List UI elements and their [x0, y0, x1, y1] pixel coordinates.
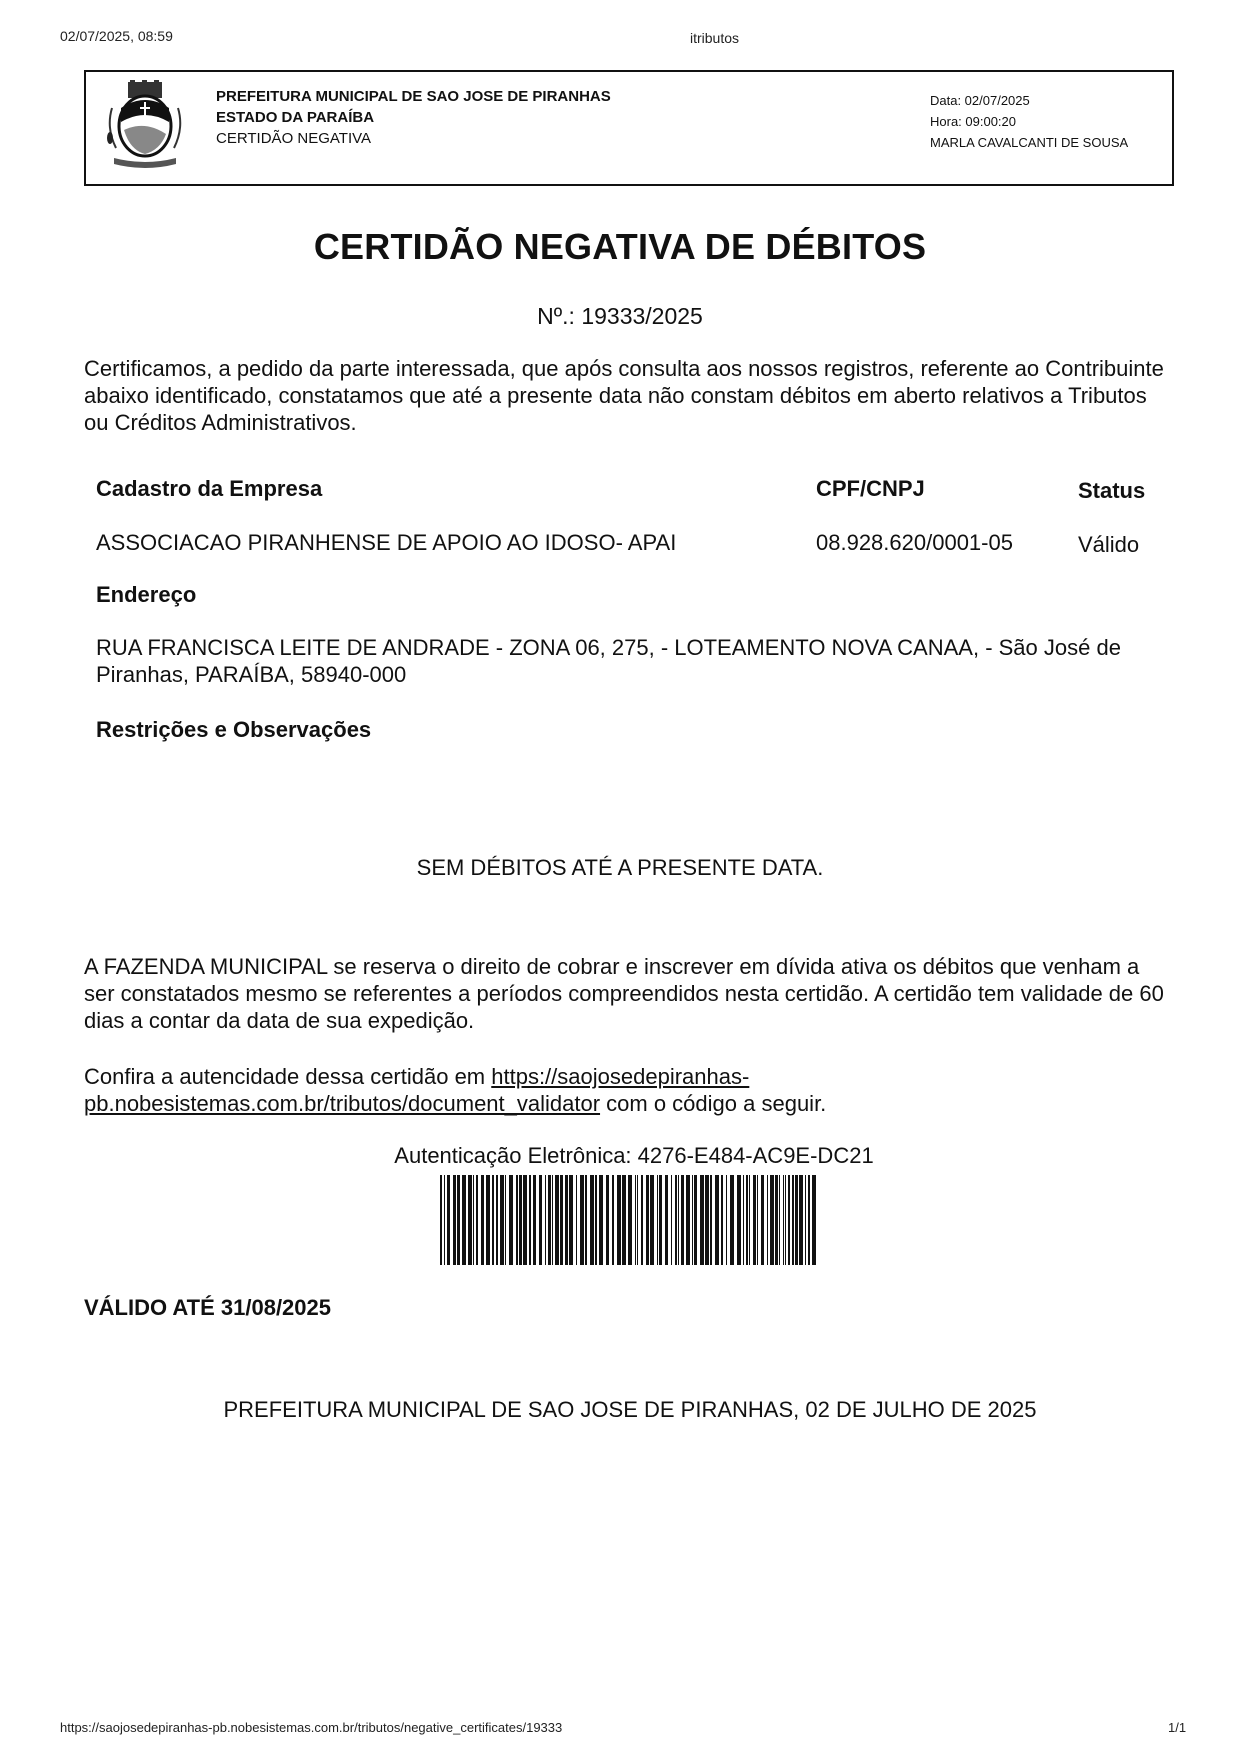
org-name: PREFEITURA MUNICIPAL DE SAO JOSE DE PIRA… — [216, 86, 611, 107]
valid-until: VÁLIDO ATÉ 31/08/2025 — [84, 1295, 331, 1321]
verification-paragraph: Confira a autencidade dessa certidão em … — [84, 1063, 1174, 1117]
issue-date: Data: 02/07/2025 — [930, 90, 1128, 111]
verify-prefix: Confira a autencidade dessa certidão em — [84, 1064, 491, 1089]
no-debts-statement: SEM DÉBITOS ATÉ A PRESENTE DATA. — [0, 855, 1240, 881]
status-value: Válido — [1078, 532, 1139, 558]
certificate-number: Nº.: 19333/2025 — [0, 303, 1240, 330]
disclaimer-paragraph: A FAZENDA MUNICIPAL se reserva o direito… — [84, 953, 1174, 1034]
coat-of-arms-icon — [100, 78, 190, 174]
verify-suffix: com o código a seguir. — [600, 1091, 826, 1116]
company-name: ASSOCIACAO PIRANHENSE DE APOIO AO IDOSO-… — [96, 530, 676, 556]
certificate-title: CERTIDÃO NEGATIVA DE DÉBITOS — [0, 226, 1240, 268]
doc-type: CERTIDÃO NEGATIVA — [216, 128, 611, 149]
print-footer-page: 1/1 — [1168, 1720, 1186, 1735]
letterhead-org: PREFEITURA MUNICIPAL DE SAO JOSE DE PIRA… — [216, 86, 611, 149]
print-datetime: 02/07/2025, 08:59 — [60, 28, 173, 44]
auth-code: Autenticação Eletrônica: 4276-E484-AC9E-… — [0, 1143, 1240, 1169]
city-date-line: PREFEITURA MUNICIPAL DE SAO JOSE DE PIRA… — [0, 1397, 1240, 1423]
issuer-name: MARLA CAVALCANTI DE SOUSA — [930, 132, 1128, 153]
letterhead-meta: Data: 02/07/2025 Hora: 09:00:20 MARLA CA… — [930, 90, 1128, 153]
org-state: ESTADO DA PARAÍBA — [216, 107, 611, 128]
barcode-icon — [438, 1175, 818, 1265]
address-label: Endereço — [96, 582, 196, 608]
header-company: Cadastro da Empresa — [96, 476, 322, 502]
company-cnpj: 08.928.620/0001-05 — [816, 530, 1013, 556]
print-page-title: itributos — [690, 30, 739, 46]
header-cnpj: CPF/CNPJ — [816, 476, 925, 502]
issue-time: Hora: 09:00:20 — [930, 111, 1128, 132]
address-value: RUA FRANCISCA LEITE DE ANDRADE - ZONA 06… — [96, 634, 1176, 688]
restrictions-label: Restrições e Observações — [96, 717, 371, 743]
print-footer-url: https://saojosedepiranhas-pb.nobesistema… — [60, 1720, 562, 1735]
intro-paragraph: Certificamos, a pedido da parte interess… — [84, 355, 1174, 436]
header-status: Status — [1078, 478, 1145, 504]
